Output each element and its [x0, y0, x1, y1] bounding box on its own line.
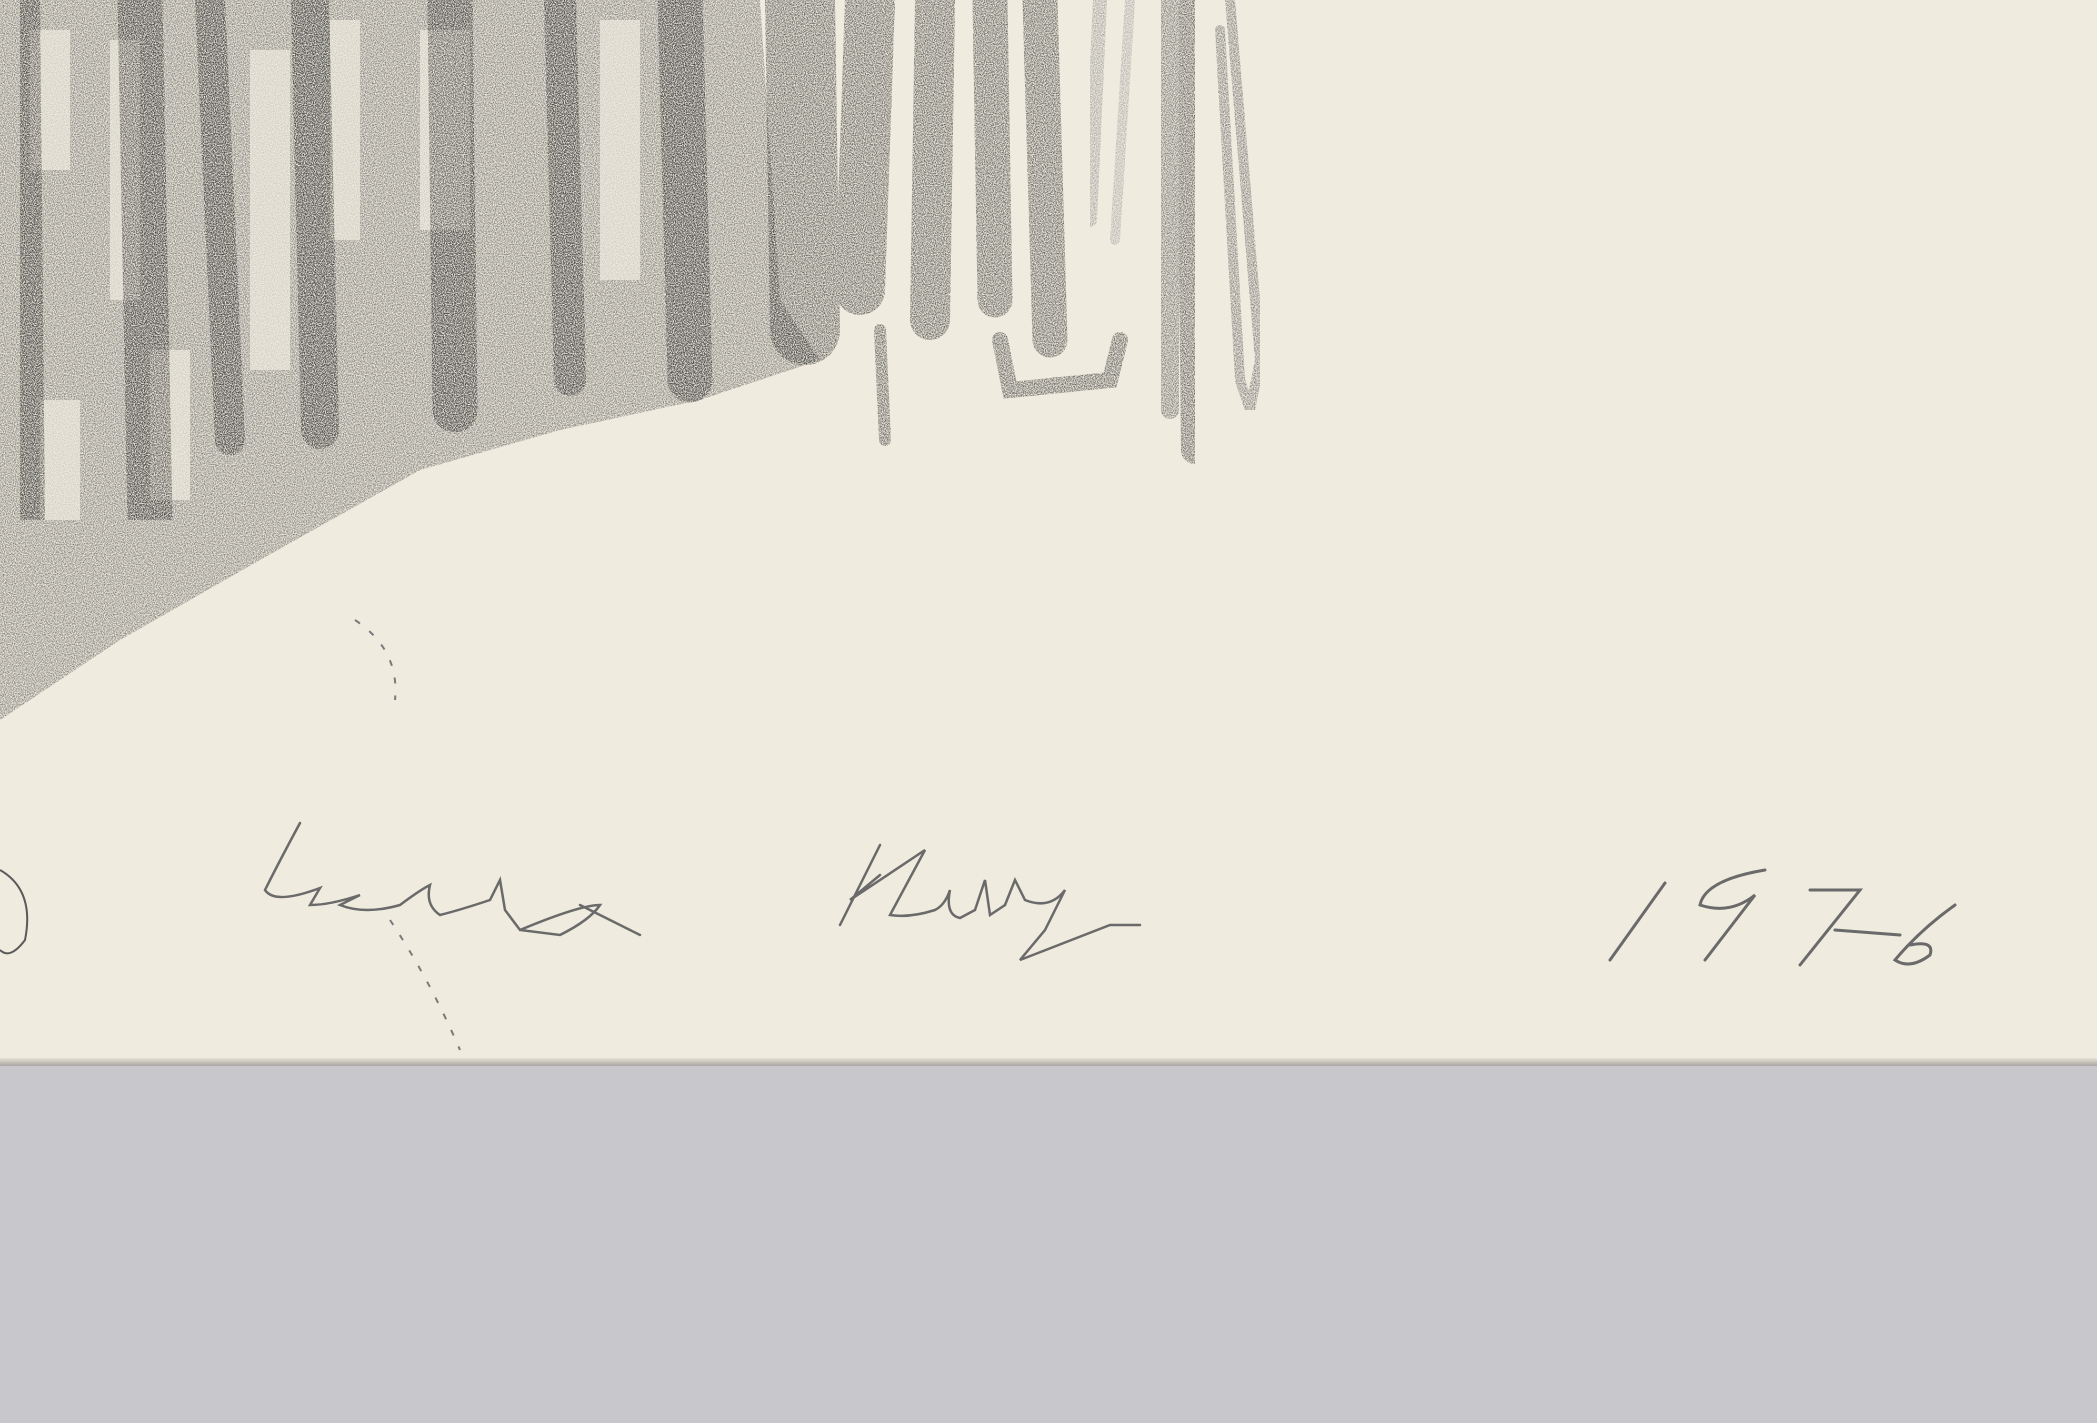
pencil-arcs: [0, 620, 460, 1050]
date-1976: [1610, 870, 1955, 965]
grey-mount-background: [0, 1066, 2097, 1423]
artist-signature: [265, 823, 1140, 960]
paper-edge: [0, 1058, 2097, 1066]
date-label: 1976: [1610, 957, 1635, 968]
